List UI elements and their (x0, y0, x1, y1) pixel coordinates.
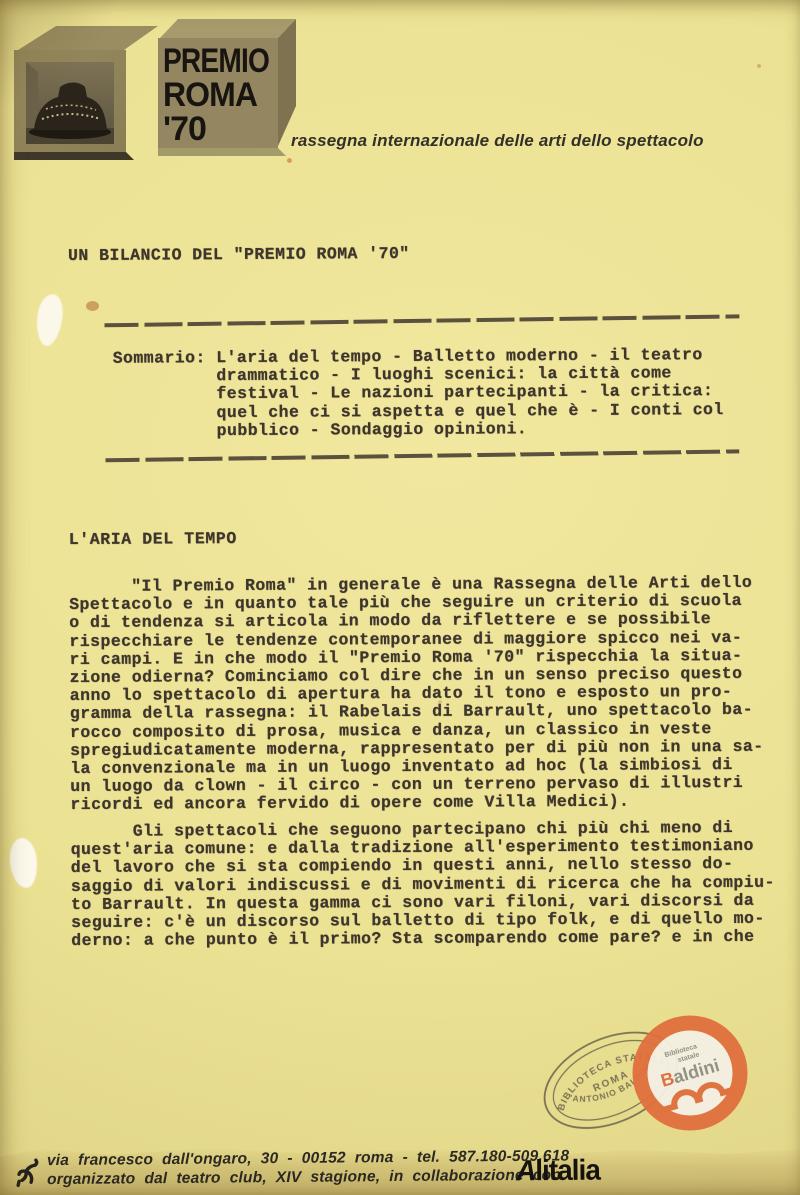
paragraph-2: Gli spettacoli che seguono partecipano c… (71, 819, 776, 951)
footer-organizer: organizzato dal teatro club, XIV stagion… (47, 1167, 561, 1189)
divider-line-bottom (105, 449, 739, 462)
scanned-document-page: PREMIO ROMA '70 rassegna internazionale … (0, 0, 800, 1195)
teatro-club-logo-icon (16, 1155, 42, 1187)
alitalia-logo: Alitalia (516, 1154, 600, 1188)
document-title: UN BILANCIO DEL "PREMIO ROMA '70" (68, 245, 410, 265)
library-sticker: Biblioteca statale Baldini (630, 1013, 750, 1138)
section-heading: L'ARIA DEL TEMPO (69, 530, 237, 549)
sommario-block: Sommario: L'aria del tempo - Balletto mo… (113, 346, 724, 441)
divider-line-top (104, 314, 739, 327)
paragraph-1: "Il Premio Roma" in generale è una Rasse… (69, 574, 764, 815)
footer: via francesco dall'ongaro, 30 - 00152 ro… (0, 1139, 800, 1195)
